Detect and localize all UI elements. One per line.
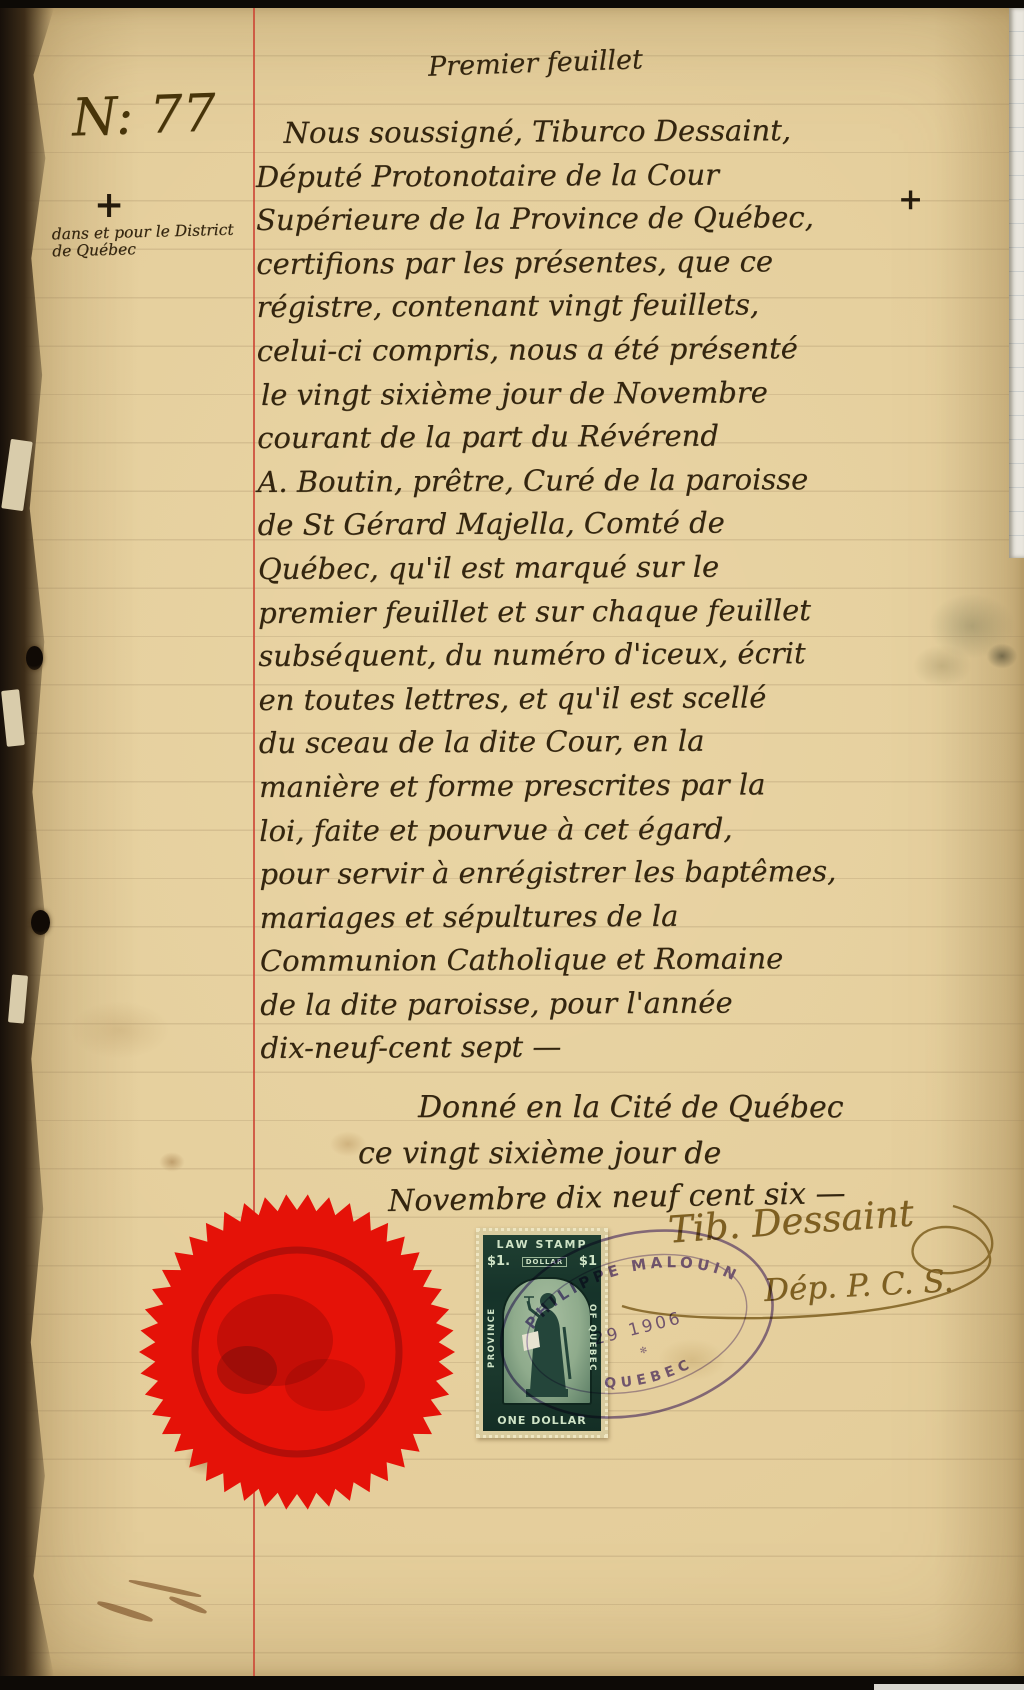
closing-line: Donné en la Cité de Québec <box>418 1090 844 1125</box>
text-line: Communion Catholique et Romaine <box>260 936 1020 984</box>
oval-stamp-date: 29 1906 <box>591 1308 684 1349</box>
text-line: loi, faite et pourvue à cet égard, <box>259 806 1019 854</box>
text-line: Supérieure de la Province de Québec, <box>256 195 1016 243</box>
scan-border-top <box>0 0 1024 8</box>
text-line: subséquent, du numéro d'iceux, écrit <box>258 631 1018 679</box>
text-line: du sceau de la dite Cour, en la <box>259 718 1019 766</box>
margin-note: dans et pour le District de Québec <box>52 222 235 261</box>
text-line: en toutes lettres, et qu'il est scellé <box>258 675 1018 723</box>
text-line: de la dite paroisse, pour l'année <box>260 980 1020 1028</box>
closing-line: ce vingt sixième jour de <box>358 1136 721 1171</box>
entry-number: N: 77 <box>71 84 217 149</box>
scan-background-corner <box>874 1684 1024 1690</box>
text-line: celui-ci compris, nous a été présenté <box>257 326 1017 374</box>
oval-stamp-place: QUEBEC <box>601 1354 698 1398</box>
text-line: régistre, contenant vingt feuillets, <box>256 282 1016 330</box>
margin-cross-mark: + <box>94 184 124 226</box>
text-line: certifions par les présentes, que ce <box>256 239 1016 287</box>
certification-text: Nous soussigné, Tiburco Dessaint, Député… <box>255 108 1020 1071</box>
register-page-scan: Premier feuillet N: 77 + dans et pour le… <box>0 0 1024 1690</box>
punch-hole <box>26 646 43 670</box>
text-line: manière et forme prescrites par la <box>259 762 1019 810</box>
red-wafer-seal <box>135 1190 459 1514</box>
svg-text:QUEBEC: QUEBEC <box>601 1354 698 1398</box>
oval-stamp-ornament: ✻ <box>639 1345 649 1357</box>
text-line: courant de la part du Révérend <box>257 413 1017 461</box>
text-line: de St Gérard Majella, Comté de <box>258 500 1018 548</box>
text-line: le vingt sixième jour de Novembre <box>257 370 1017 418</box>
text-line: pour servir à enrégistrer les baptêmes, <box>259 849 1019 897</box>
scan-border-bottom <box>0 1676 1024 1690</box>
text-line: dix-neuf-cent sept — <box>260 1023 1020 1071</box>
punch-hole <box>31 910 50 935</box>
text-line: premier feuillet et sur chaque feuillet <box>258 588 1018 636</box>
text-line: Nous soussigné, Tiburco Dessaint, <box>255 108 1015 156</box>
text-line: A. Boutin, prêtre, Curé de la paroisse <box>257 457 1017 505</box>
text-line: Député Protonotaire de la Cour <box>256 152 1016 200</box>
text-line: Québec, qu'il est marqué sur le <box>258 544 1018 592</box>
text-line: mariages et sépultures de la <box>260 893 1020 941</box>
